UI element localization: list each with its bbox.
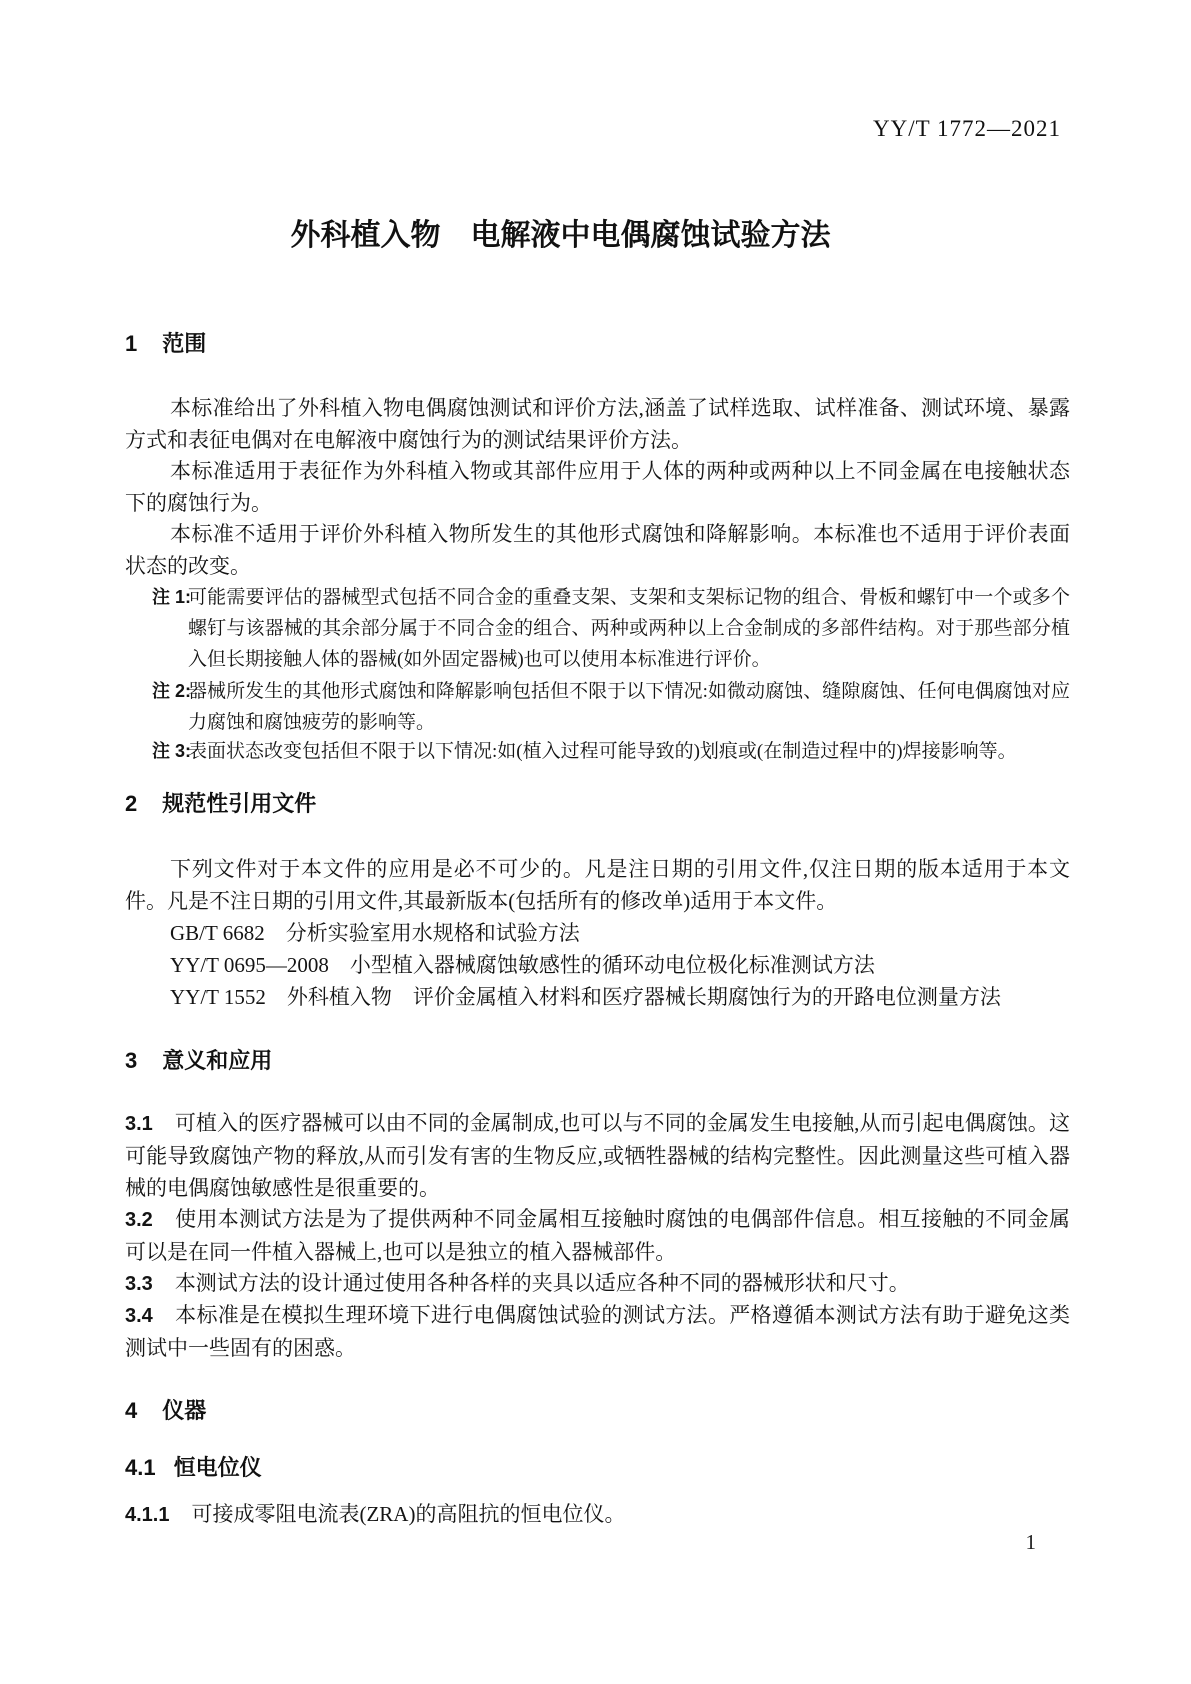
clause-3-2-text: 使用本测试方法是为了提供两种不同金属相互接触时腐蚀的电偶部件信息。相互接触的不同… [125, 1207, 1070, 1264]
note-2: 注 2:器械所发生的其他形式腐蚀和降解影响包括但不限于以下情况:如微动腐蚀、缝隙… [125, 676, 1070, 738]
section-2-title: 规范性引用文件 [162, 791, 316, 816]
section-4-title: 仪器 [162, 1398, 206, 1423]
clause-3-2: 3.2使用本测试方法是为了提供两种不同金属相互接触时腐蚀的电偶部件信息。相互接触… [125, 1203, 1070, 1268]
note-1: 注 1:可能需要评估的器械型式包括不同合金的重叠支架、支架和支架标记物的组合、骨… [125, 582, 1070, 675]
section-3-number: 3 [125, 1048, 137, 1074]
scope-paragraph-1: 本标准给出了外科植入物电偶腐蚀测试和评价方法,涵盖了试样选取、试样准备、测试环境… [125, 392, 1070, 456]
note-1-text: 可能需要评估的器械型式包括不同合金的重叠支架、支架和支架标记物的组合、骨板和螺钉… [188, 587, 1070, 670]
clause-3-3-number: 3.3 [125, 1273, 153, 1295]
section-4-heading: 4仪器 [125, 1398, 1070, 1424]
note-3-label: 注 3: [152, 736, 191, 767]
clause-4-1-1-number: 4.1.1 [125, 1504, 169, 1526]
clause-3-3: 3.3本测试方法的设计通过使用各种各样的夹具以适应各种不同的器械形状和尺寸。 [125, 1267, 1070, 1300]
section-3-heading: 3意义和应用 [125, 1048, 1070, 1074]
reference-item-3: YY/T 1552 外科植入物 评价金属植入材料和医疗器械长期腐蚀行为的开路电位… [125, 981, 1070, 1013]
section-4-1-title: 恒电位仪 [174, 1455, 262, 1480]
reference-item-1: GB/T 6682 分析实验室用水规格和试验方法 [125, 917, 1070, 949]
clause-3-1-number: 3.1 [125, 1113, 153, 1135]
note-1-label: 注 1: [152, 582, 191, 613]
section-4-number: 4 [125, 1398, 137, 1424]
doc-standard-number: YY/T 1772—2021 [873, 116, 1061, 142]
section-1-title: 范围 [162, 331, 206, 356]
clause-3-4-text: 本标准是在模拟生理环境下进行电偶腐蚀试验的测试方法。严格遵循本测试方法有助于避免… [125, 1303, 1070, 1360]
note-3: 注 3:表面状态改变包括但不限于以下情况:如(植入过程可能导致的)划痕或(在制造… [125, 736, 1070, 767]
note-2-text: 器械所发生的其他形式腐蚀和降解影响包括但不限于以下情况:如微动腐蚀、缝隙腐蚀、任… [188, 681, 1070, 733]
note-3-text: 表面状态改变包括但不限于以下情况:如(植入过程可能导致的)划痕或(在制造过程中的… [188, 741, 1017, 762]
note-2-label: 注 2: [152, 676, 191, 707]
doc-title: 外科植入物 电解液中电偶腐蚀试验方法 [0, 210, 1121, 254]
section-1-number: 1 [125, 331, 137, 357]
clause-3-4-number: 3.4 [125, 1305, 153, 1327]
section-4-1-number: 4.1 [125, 1455, 156, 1481]
clause-3-4: 3.4本标准是在模拟生理环境下进行电偶腐蚀试验的测试方法。严格遵循本测试方法有助… [125, 1299, 1070, 1364]
page-number: 1 [1026, 1530, 1037, 1555]
section-3-title: 意义和应用 [162, 1048, 272, 1073]
clause-4-1-1: 4.1.1可接成零阻电流表(ZRA)的高阻抗的恒电位仪。 [125, 1498, 1070, 1531]
normative-refs-intro: 下列文件对于本文件的应用是必不可少的。凡是注日期的引用文件,仅注日期的版本适用于… [125, 853, 1070, 917]
scope-paragraph-3: 本标准不适用于评价外科植入物所发生的其他形式腐蚀和降解影响。本标准也不适用于评价… [125, 518, 1070, 582]
clause-3-2-number: 3.2 [125, 1209, 153, 1231]
section-4-1-heading: 4.1恒电位仪 [125, 1455, 1070, 1481]
section-2-heading: 2规范性引用文件 [125, 791, 1070, 817]
clause-3-1: 3.1可植入的医疗器械可以由不同的金属制成,也可以与不同的金属发生电接触,从而引… [125, 1107, 1070, 1204]
scope-paragraph-2: 本标准适用于表征作为外科植入物或其部件应用于人体的两种或两种以上不同金属在电接触… [125, 455, 1070, 519]
clause-3-3-text: 本测试方法的设计通过使用各种各样的夹具以适应各种不同的器械形状和尺寸。 [175, 1271, 910, 1295]
document-page: YY/T 1772—2021 外科植入物 电解液中电偶腐蚀试验方法 1范围 本标… [0, 0, 1191, 1684]
clause-4-1-1-text: 可接成零阻电流表(ZRA)的高阻抗的恒电位仪。 [191, 1502, 625, 1526]
section-1-heading: 1范围 [125, 331, 1070, 357]
section-2-number: 2 [125, 791, 137, 817]
reference-item-2: YY/T 0695—2008 小型植入器械腐蚀敏感性的循环动电位极化标准测试方法 [125, 949, 1070, 981]
clause-3-1-text: 可植入的医疗器械可以由不同的金属制成,也可以与不同的金属发生电接触,从而引起电偶… [125, 1111, 1070, 1200]
